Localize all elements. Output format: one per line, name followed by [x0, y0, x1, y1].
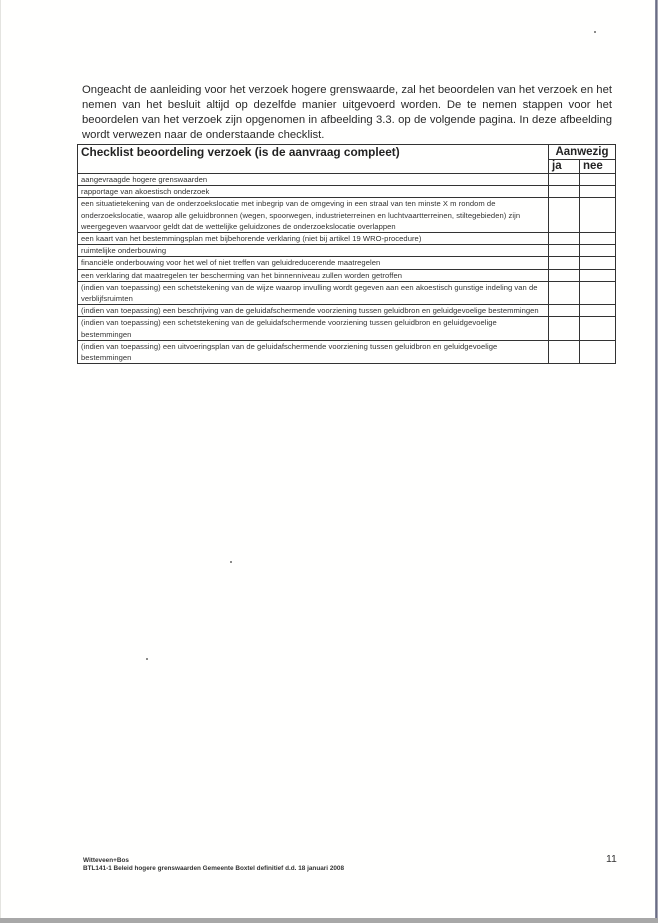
- checklist-row: ruimtelijke onderbouwing: [78, 245, 616, 257]
- document-page: Ongeacht de aanleiding voor het verzoek …: [0, 0, 656, 918]
- checklist-row: (indien van toepassing) een uitvoeringsp…: [78, 340, 616, 363]
- checklist-yes-box[interactable]: [549, 245, 580, 257]
- checklist-no-box[interactable]: [580, 174, 616, 186]
- checklist-item-text: financiële onderbouwing voor het wel of …: [78, 257, 549, 269]
- checklist-row: (indien van toepassing) een schetstekeni…: [78, 317, 616, 340]
- presence-header: Aanwezig: [549, 145, 616, 160]
- scan-bottom-edge: [0, 918, 658, 923]
- checklist-yes-box[interactable]: [549, 257, 580, 269]
- checklist-row: een kaart van het bestemmingsplan met bi…: [78, 233, 616, 245]
- checklist-no-box[interactable]: [580, 317, 616, 340]
- checklist-yes-box[interactable]: [549, 233, 580, 245]
- checklist-item-text: een verklaring dat maatregelen ter besch…: [78, 269, 549, 281]
- checklist-row: (indien van toepassing) een schetstekeni…: [78, 281, 616, 304]
- checklist-yes-box[interactable]: [549, 198, 580, 233]
- checklist-no-box[interactable]: [580, 269, 616, 281]
- checklist-item-text: (indien van toepassing) een schetstekeni…: [78, 317, 549, 340]
- checklist-row: financiële onderbouwing voor het wel of …: [78, 257, 616, 269]
- checklist-item-text: (indien van toepassing) een schetstekeni…: [78, 281, 549, 304]
- checklist-item-text: ruimtelijke onderbouwing: [78, 245, 549, 257]
- checklist-no-box[interactable]: [580, 186, 616, 198]
- checklist-no-box[interactable]: [580, 245, 616, 257]
- page-number: 11: [606, 853, 617, 865]
- checklist-item-text: een situatietekening van de onderzoekslo…: [78, 198, 549, 233]
- checklist-row: een verklaring dat maatregelen ter besch…: [78, 269, 616, 281]
- checklist-row: een situatietekening van de onderzoekslo…: [78, 198, 616, 233]
- checklist-row: (indien van toepassing) een beschrijving…: [78, 305, 616, 317]
- checklist-row: rapportage van akoestisch onderzoek: [78, 186, 616, 198]
- checklist-no-box[interactable]: [580, 198, 616, 233]
- checklist-no-box[interactable]: [580, 281, 616, 304]
- footer-reference: BTL141-1 Beleid hogere grenswaarden Geme…: [83, 865, 344, 873]
- scan-speck: [594, 31, 596, 33]
- checklist-item-text: aangevraagde hogere grenswaarden: [78, 174, 549, 186]
- checklist-yes-box[interactable]: [549, 340, 580, 363]
- checklist-item-text: rapportage van akoestisch onderzoek: [78, 186, 549, 198]
- checklist-row: aangevraagde hogere grenswaarden: [78, 174, 616, 186]
- checklist-no-box[interactable]: [580, 233, 616, 245]
- checklist-no-box[interactable]: [580, 305, 616, 317]
- scan-speck: [230, 561, 232, 563]
- checklist-yes-box[interactable]: [549, 305, 580, 317]
- checklist-item-text: (indien van toepassing) een beschrijving…: [78, 305, 549, 317]
- no-column-header: nee: [580, 160, 616, 174]
- scan-speck: [146, 658, 148, 660]
- footer: Witteveen+Bos BTL141-1 Beleid hogere gre…: [83, 857, 344, 872]
- checklist-table: Checklist beoordeling verzoek (is de aan…: [77, 144, 616, 364]
- checklist-yes-box[interactable]: [549, 317, 580, 340]
- checklist-yes-box[interactable]: [549, 281, 580, 304]
- checklist-yes-box[interactable]: [549, 269, 580, 281]
- checklist-item-text: een kaart van het bestemmingsplan met bi…: [78, 233, 549, 245]
- checklist-item-text: (indien van toepassing) een uitvoeringsp…: [78, 340, 549, 363]
- checklist-title: Checklist beoordeling verzoek (is de aan…: [78, 145, 549, 174]
- checklist-yes-box[interactable]: [549, 174, 580, 186]
- checklist-no-box[interactable]: [580, 340, 616, 363]
- yes-column-header: ja: [549, 160, 580, 174]
- footer-company: Witteveen+Bos: [83, 857, 344, 865]
- intro-paragraph: Ongeacht de aanleiding voor het verzoek …: [82, 83, 612, 142]
- checklist-body: aangevraagde hogere grenswaardenrapporta…: [78, 174, 616, 364]
- checklist-yes-box[interactable]: [549, 186, 580, 198]
- checklist-no-box[interactable]: [580, 257, 616, 269]
